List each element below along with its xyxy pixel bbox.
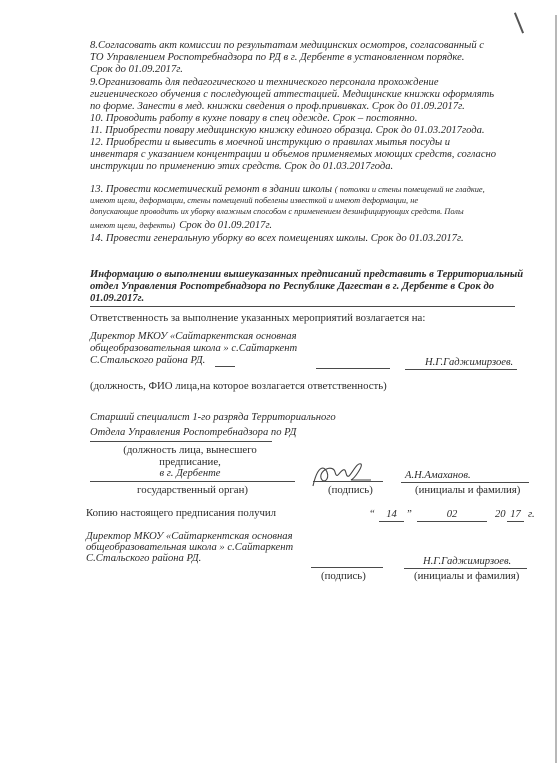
issuer-city: в г. Дербенте — [90, 468, 290, 480]
item-line: 11. Приобрести повару медицинскую книжку… — [90, 125, 485, 137]
underline — [507, 521, 524, 522]
item-13-detail: ( потолки и стены помещений не гладкие, — [335, 185, 485, 194]
item-13-deadline: Срок до 01.09.2017г. — [179, 220, 272, 231]
responsibility-label: Ответственность за выполнение указанных … — [90, 312, 425, 324]
page-edge — [555, 15, 557, 763]
item-line: 12. Приобрести и вывесить в моечной инст… — [90, 137, 450, 149]
receipt-label: Копию настоящего предписания получил — [86, 507, 276, 519]
item-line: 14. Провести генеральную уборку во всех … — [90, 233, 464, 245]
recipient-line: С.Стальского района РД. — [86, 553, 201, 565]
item-line: 13. Провести косметический ремонт в здан… — [90, 184, 485, 196]
item-line: 10. Проводить работу в кухне повару в сп… — [90, 113, 417, 125]
underline — [215, 366, 235, 367]
divider — [90, 306, 515, 307]
item-line: 9.Организовать для педагогического и тех… — [90, 77, 439, 89]
item-line: гигиенического обучения с последующей ат… — [90, 89, 494, 101]
issuer-position-line: Отдела Управления Роспотребнадзора по РД — [90, 427, 296, 439]
signature-line — [313, 481, 383, 482]
date-month: 02 — [417, 509, 487, 521]
name-line — [401, 482, 529, 483]
date-year-prefix: 20 — [495, 509, 506, 521]
recipient-name-caption: (инициалы и фамилия) — [414, 570, 519, 582]
item-line: имеют щели, деформации, стены помещений … — [90, 196, 418, 206]
notice-line: отдел Управления Роспотребнадзора по Рес… — [90, 281, 494, 293]
date-open-quote: “ — [369, 509, 375, 521]
signature-line — [311, 567, 383, 568]
notice-line: Информацию о выполнении вышеуказанных пр… — [90, 269, 523, 281]
item-line: имеют щели, дефекты) Срок до 01.09.2017г… — [90, 218, 272, 232]
responsibility-caption: (должность, ФИО лица,на которое возлагае… — [90, 380, 387, 392]
underline — [90, 481, 295, 482]
item-line: Срок до 01.09.2017г. — [90, 64, 183, 76]
responsible-name: Н.Г.Гаджимирзоев. — [425, 357, 513, 369]
date-close-quote: ” — [406, 509, 412, 521]
item-line: 8.Согласовать акт комиссии по результата… — [90, 40, 484, 52]
item-line: допускающие проводить их уборку влажным … — [90, 207, 464, 217]
name-line — [405, 369, 517, 370]
underline — [379, 521, 404, 522]
name-line — [404, 568, 527, 569]
issuer-caption-line: (должность лица, вынесшего — [90, 444, 290, 456]
date-year-unit: г. — [528, 509, 535, 521]
recipient-name: Н.Г.Гаджимирзоев. — [423, 556, 511, 568]
underline — [90, 441, 272, 442]
item-line: ТО Управлением Роспотребнадзора по РД в … — [90, 52, 464, 64]
issuer-position-line: Старший специалист 1-го разряда Территор… — [90, 412, 336, 424]
issuer-caption-end: государственный орган) — [90, 484, 295, 496]
item-line: по форме. Занести в мед. книжки сведения… — [90, 101, 465, 113]
responsible-line: общеобразовательная школа » с.Сайтаркент — [90, 343, 297, 355]
pen-mark — [514, 13, 524, 34]
responsible-line: Директор МКОУ «Сайтаркентская основная — [90, 331, 297, 343]
responsible-line: С.Стальского района РД. — [90, 355, 205, 367]
item-line: инструкции по применению этих средств. С… — [90, 161, 393, 173]
underline — [417, 521, 487, 522]
issuer-signature-caption: (подпись) — [328, 484, 373, 496]
date-year: 17 — [507, 509, 524, 521]
item-line: инвентаря с указанием концентрации и объ… — [90, 149, 496, 161]
issuer-name: А.Н.Амаханов. — [405, 470, 471, 482]
issuer-name-caption: (инициалы и фамилия) — [415, 484, 520, 496]
issuer-caption-line: предписание, — [90, 456, 290, 468]
signature-line — [316, 368, 390, 369]
recipient-signature-caption: (подпись) — [321, 570, 366, 582]
date-day: 14 — [379, 509, 404, 521]
item-13-detail-end: имеют щели, дефекты) — [90, 221, 175, 230]
item-13-head: 13. Провести косметический ремонт в здан… — [90, 184, 332, 195]
notice-line: 01.09.2017г. — [90, 293, 144, 305]
